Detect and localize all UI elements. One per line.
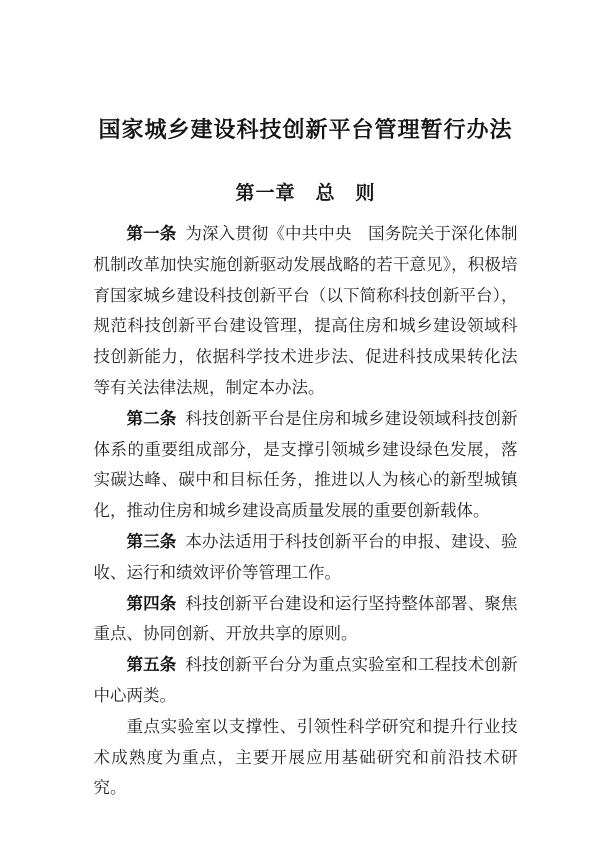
paragraph-article-3: 第三条本办法适用于科技创新平台的申报、建设、验收、运行和绩效评价等管理工作。 <box>94 527 518 589</box>
paragraph-article-2: 第二条科技创新平台是住房和城乡建设领域科技创新体系的重要组成部分，是支撑引领城乡… <box>94 404 518 527</box>
article-number: 第三条 <box>127 532 177 551</box>
paragraph-article-5: 第五条科技创新平台分为重点实验室和工程技术创新中心两类。 <box>94 650 518 712</box>
paragraph-article-1: 第一条为深入贯彻《中共中央 国务院关于深化体制机制改革加快实施创新驱动发展战略的… <box>94 219 518 404</box>
document-page: 国家城乡建设科技创新平台管理暂行办法 第一章 总 则 第一条为深入贯彻《中共中央… <box>0 0 611 865</box>
paragraph-text: 为深入贯彻《中共中央 国务院关于深化体制机制改革加快实施创新驱动发展战略的若干意… <box>94 224 518 397</box>
article-number: 第五条 <box>127 655 177 674</box>
chapter-heading: 第一章 总 则 <box>0 180 611 207</box>
document-body: 第一条为深入贯彻《中共中央 国务院关于深化体制机制改革加快实施创新驱动发展战略的… <box>94 219 518 804</box>
paragraph-continuation: 重点实验室以支撑性、引领性科学研究和提升行业技术成熟度为重点，主要开展应用基础研… <box>94 712 518 804</box>
article-number: 第一条 <box>127 224 177 243</box>
paragraph-article-4: 第四条科技创新平台建设和运行坚持整体部署、聚焦重点、协同创新、开放共享的原则。 <box>94 589 518 651</box>
article-number: 第四条 <box>127 594 177 613</box>
article-number: 第二条 <box>127 409 177 428</box>
paragraph-text: 重点实验室以支撑性、引领性科学研究和提升行业技术成熟度为重点，主要开展应用基础研… <box>94 717 518 798</box>
page-title: 国家城乡建设科技创新平台管理暂行办法 <box>0 112 611 148</box>
